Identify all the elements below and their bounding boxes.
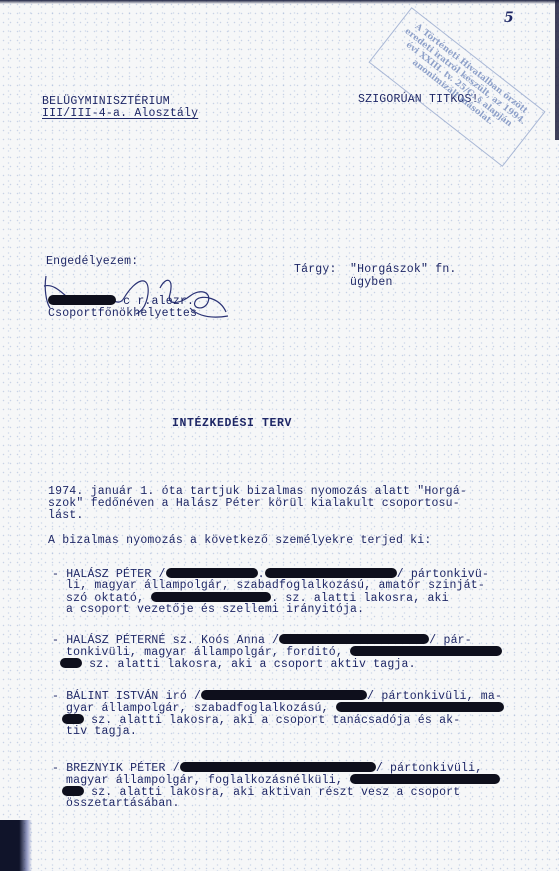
scope-sentence: A bizalmas nyomozás a következő személye… (48, 535, 431, 547)
redaction (201, 690, 367, 700)
approval-label: Engedélyezem: (46, 256, 138, 268)
intro-line: szok" fedőnéven a Halász Péter körül kia… (48, 498, 460, 510)
redaction (180, 762, 376, 772)
scan-edge-bottom-left (0, 820, 32, 871)
department-name: III/III-4-a. Alosztály (42, 108, 198, 120)
text-fragment: sz. alatti lakosra, aki a csoport aktiv … (89, 658, 416, 671)
person-line: sz. alatti lakosra, aki a csoport aktiv … (60, 658, 416, 671)
stamp-line: eredeti iratról készült, az 1994. (396, 21, 535, 132)
redaction (265, 568, 397, 578)
person-line: li, magyar állampolgár, szabadfoglalkozá… (66, 580, 485, 592)
redaction (279, 634, 429, 644)
person-line: összetartásában. (66, 798, 180, 810)
approver-title: Csoportfőnökhelyettes (48, 308, 197, 320)
page-number: 5 (504, 10, 514, 26)
stamp-line: évi XXIII. tv. 25/G. § alapján (390, 29, 529, 140)
redaction (336, 702, 504, 712)
text-fragment: sz. alatti lakosra, aki a csoport tanács… (91, 714, 460, 727)
person-line: a csoport vezetője és szellemi irányitój… (66, 604, 364, 616)
subject-line-2: ügyben (350, 277, 393, 289)
intro-line: lást. (48, 510, 84, 522)
subject-line-1: "Horgászok" fn. (350, 264, 457, 276)
archive-stamp: A Történeti Hivatalban őrzött eredeti ir… (368, 7, 545, 167)
redaction (48, 295, 116, 305)
redaction (151, 592, 271, 602)
scan-edge-right (555, 0, 559, 140)
redaction (62, 786, 84, 796)
document-title: INTÉZKEDÉSI TERV (172, 418, 292, 430)
redaction (60, 658, 82, 668)
redaction (62, 714, 84, 724)
person-line: tiv tagja. (66, 726, 137, 738)
scan-edge-top (0, 0, 559, 4)
redaction (350, 646, 502, 656)
redaction (166, 568, 258, 578)
subject-label: Tárgy: (294, 264, 337, 276)
redaction (350, 774, 500, 784)
